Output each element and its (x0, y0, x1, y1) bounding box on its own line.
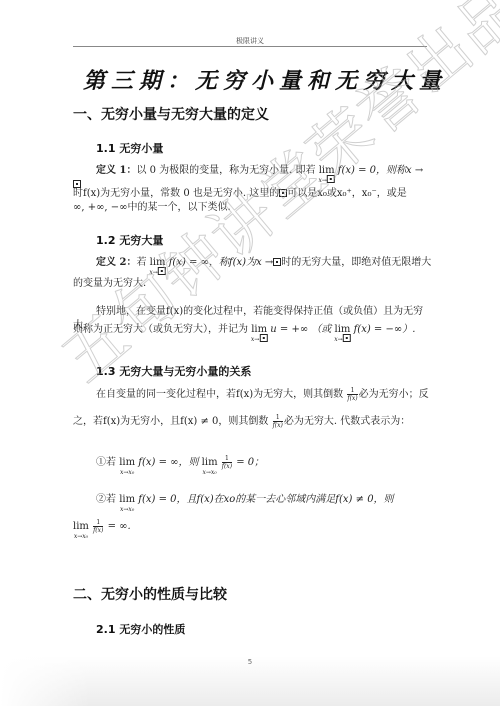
definition-1-line-3: ∞, +∞, −∞中的某一个，以下类似. (73, 201, 433, 215)
limit-expression: limx→x₀ (119, 493, 135, 507)
relation-item-2-cont: limx→x₀ 1f(x) = ∞. (73, 519, 433, 534)
sub: x→ (251, 336, 259, 343)
lim-subscript: x→x₀ (203, 466, 217, 480)
relation-line-2: 之，若f(x)为无穷小，且f(x) ≠ 0，则其倒数 1f(x)必为无穷大. 代… (73, 414, 433, 429)
text: 可以是x₀或x₀⁺，x₀⁻，或是 (287, 188, 407, 199)
lim-subscript: x→x₀ (120, 503, 134, 517)
section-heading-2: 二、无穷小的性质与比较 (73, 584, 227, 604)
text: f(x) = ∞，则 (138, 457, 198, 468)
limit-expression: limx→ (150, 256, 166, 270)
denominator: f(x) (273, 422, 283, 429)
numerator: 1 (347, 387, 357, 395)
document-page: 极限讲义 第三期：无穷小量和无穷大量 一、无穷小量与无穷大量的定义 1.1 无穷… (0, 0, 500, 706)
placeholder-box-icon (158, 267, 166, 275)
limit-expression: limx→ (335, 323, 351, 337)
placeholder-box-icon (327, 175, 335, 183)
text: ②若 (96, 494, 116, 505)
lim-subscript: x→ (334, 333, 350, 347)
text: 在自变量的同一变化过程中，若f(x)为无穷大，则其倒数 (96, 389, 343, 400)
text: ①若 (96, 457, 116, 468)
subsection-heading-1-2: 1.2 无穷大量 (96, 232, 163, 248)
text: f(x) = −∞）. (354, 324, 416, 335)
placeholder-box-icon (273, 258, 281, 266)
definition-2-line-2: 的变量为无穷大. (73, 277, 433, 291)
lim-subscript: x→ (318, 174, 334, 188)
reciprocal-fraction: 1f(x) (222, 455, 232, 470)
denominator: f(x) (93, 527, 103, 534)
text: 之，若f(x)为无穷小，且f(x) ≠ 0，则其倒数 (73, 416, 268, 427)
reciprocal-fraction: 1f(x) (273, 414, 283, 429)
text: 必为无穷大. 代数式表示为： (284, 416, 410, 427)
relation-line-1: 在自变量的同一变化过程中，若f(x)为无穷大，则其倒数 1f(x)必为无穷小；反 (73, 387, 433, 402)
definition-1-line-2: 时f(x)为无穷小量，常数 0 也是无穷小. 这里的可以是x₀或x₀⁺，x₀⁻，… (73, 187, 433, 201)
section-heading-1: 一、无穷小量与无穷大量的定义 (73, 104, 269, 124)
text: 时的无穷大量，即绝对值无限增大 (281, 257, 431, 268)
limit-expression: limx→x₀ (202, 456, 218, 470)
numerator: 1 (273, 414, 283, 422)
text: 必为无穷小；反 (359, 389, 429, 400)
running-header: 极限讲义 (73, 36, 427, 46)
reciprocal-fraction: 1f(x) (347, 387, 357, 402)
numerator: 1 (93, 519, 103, 527)
text: = ∞. (108, 521, 131, 532)
denominator: f(x) (347, 395, 357, 402)
denominator: f(x) (222, 463, 232, 470)
placeholder-box-icon (259, 334, 267, 342)
numerator: 1 (222, 455, 232, 463)
limit-expression: limx→x₀ (119, 456, 135, 470)
text: u = +∞ （或 (270, 324, 331, 335)
sub: x→ (318, 177, 326, 184)
subsection-heading-1-1: 1.1 无穷小量 (96, 140, 163, 156)
definition-label: 定义 1： (96, 165, 136, 176)
text: 则称为正无穷大（或负无穷大），并记为 (73, 324, 248, 335)
text: f(x) = 0，则称x → (338, 165, 423, 176)
reciprocal-fraction: 1f(x) (93, 519, 103, 534)
text: 若 (136, 257, 146, 268)
text: 时f(x)为无穷小量，常数 0 也是无穷小. 这里的 (73, 188, 279, 199)
definition-2-line-1: 定义 2：若 limx→ f(x) = ∞，称f(x)为x →时的无穷大量，即绝… (73, 256, 433, 270)
limit-expression: limx→x₀ (73, 520, 89, 534)
header-rule (73, 46, 427, 47)
relation-item-1: ①若 limx→x₀ f(x) = ∞，则 limx→x₀ 1f(x) = 0； (73, 455, 433, 470)
bottom-shadow-fade (0, 636, 90, 706)
lim-subscript: x→x₀ (120, 466, 134, 480)
limit-expression: limx→ (319, 164, 335, 178)
limit-expression: limx→ (251, 323, 267, 337)
text: f(x) = 0，且f(x)在xo的某一去心邻域内满足f(x) ≠ 0，则 (138, 494, 393, 505)
definition-label: 定义 2： (96, 257, 136, 268)
sub: x→ (149, 269, 157, 276)
subsection-heading-1-3: 1.3 无穷大量与无穷小量的关系 (96, 363, 251, 379)
document-title: 第三期：无穷小量和无穷大量 (0, 64, 500, 95)
lim-subscript: x→ (251, 333, 267, 347)
text: f(x) = ∞，称f(x)为x → (169, 257, 274, 268)
special-case-line-2: 则称为正无穷大（或负无穷大），并记为 limx→ u = +∞ （或 limx→… (73, 323, 433, 337)
text: = 0； (236, 457, 264, 468)
text: 以 0 为极限的变量，称为无穷小量. 即若 (136, 165, 315, 176)
placeholder-box-icon (279, 189, 287, 197)
sub: x→ (334, 336, 342, 343)
placeholder-box-icon (343, 334, 351, 342)
relation-item-2: ②若 limx→x₀ f(x) = 0，且f(x)在xo的某一去心邻域内满足f(… (73, 493, 433, 507)
subsection-heading-2-1: 2.1 无穷小的性质 (96, 621, 185, 637)
lim-subscript: x→x₀ (74, 530, 88, 544)
